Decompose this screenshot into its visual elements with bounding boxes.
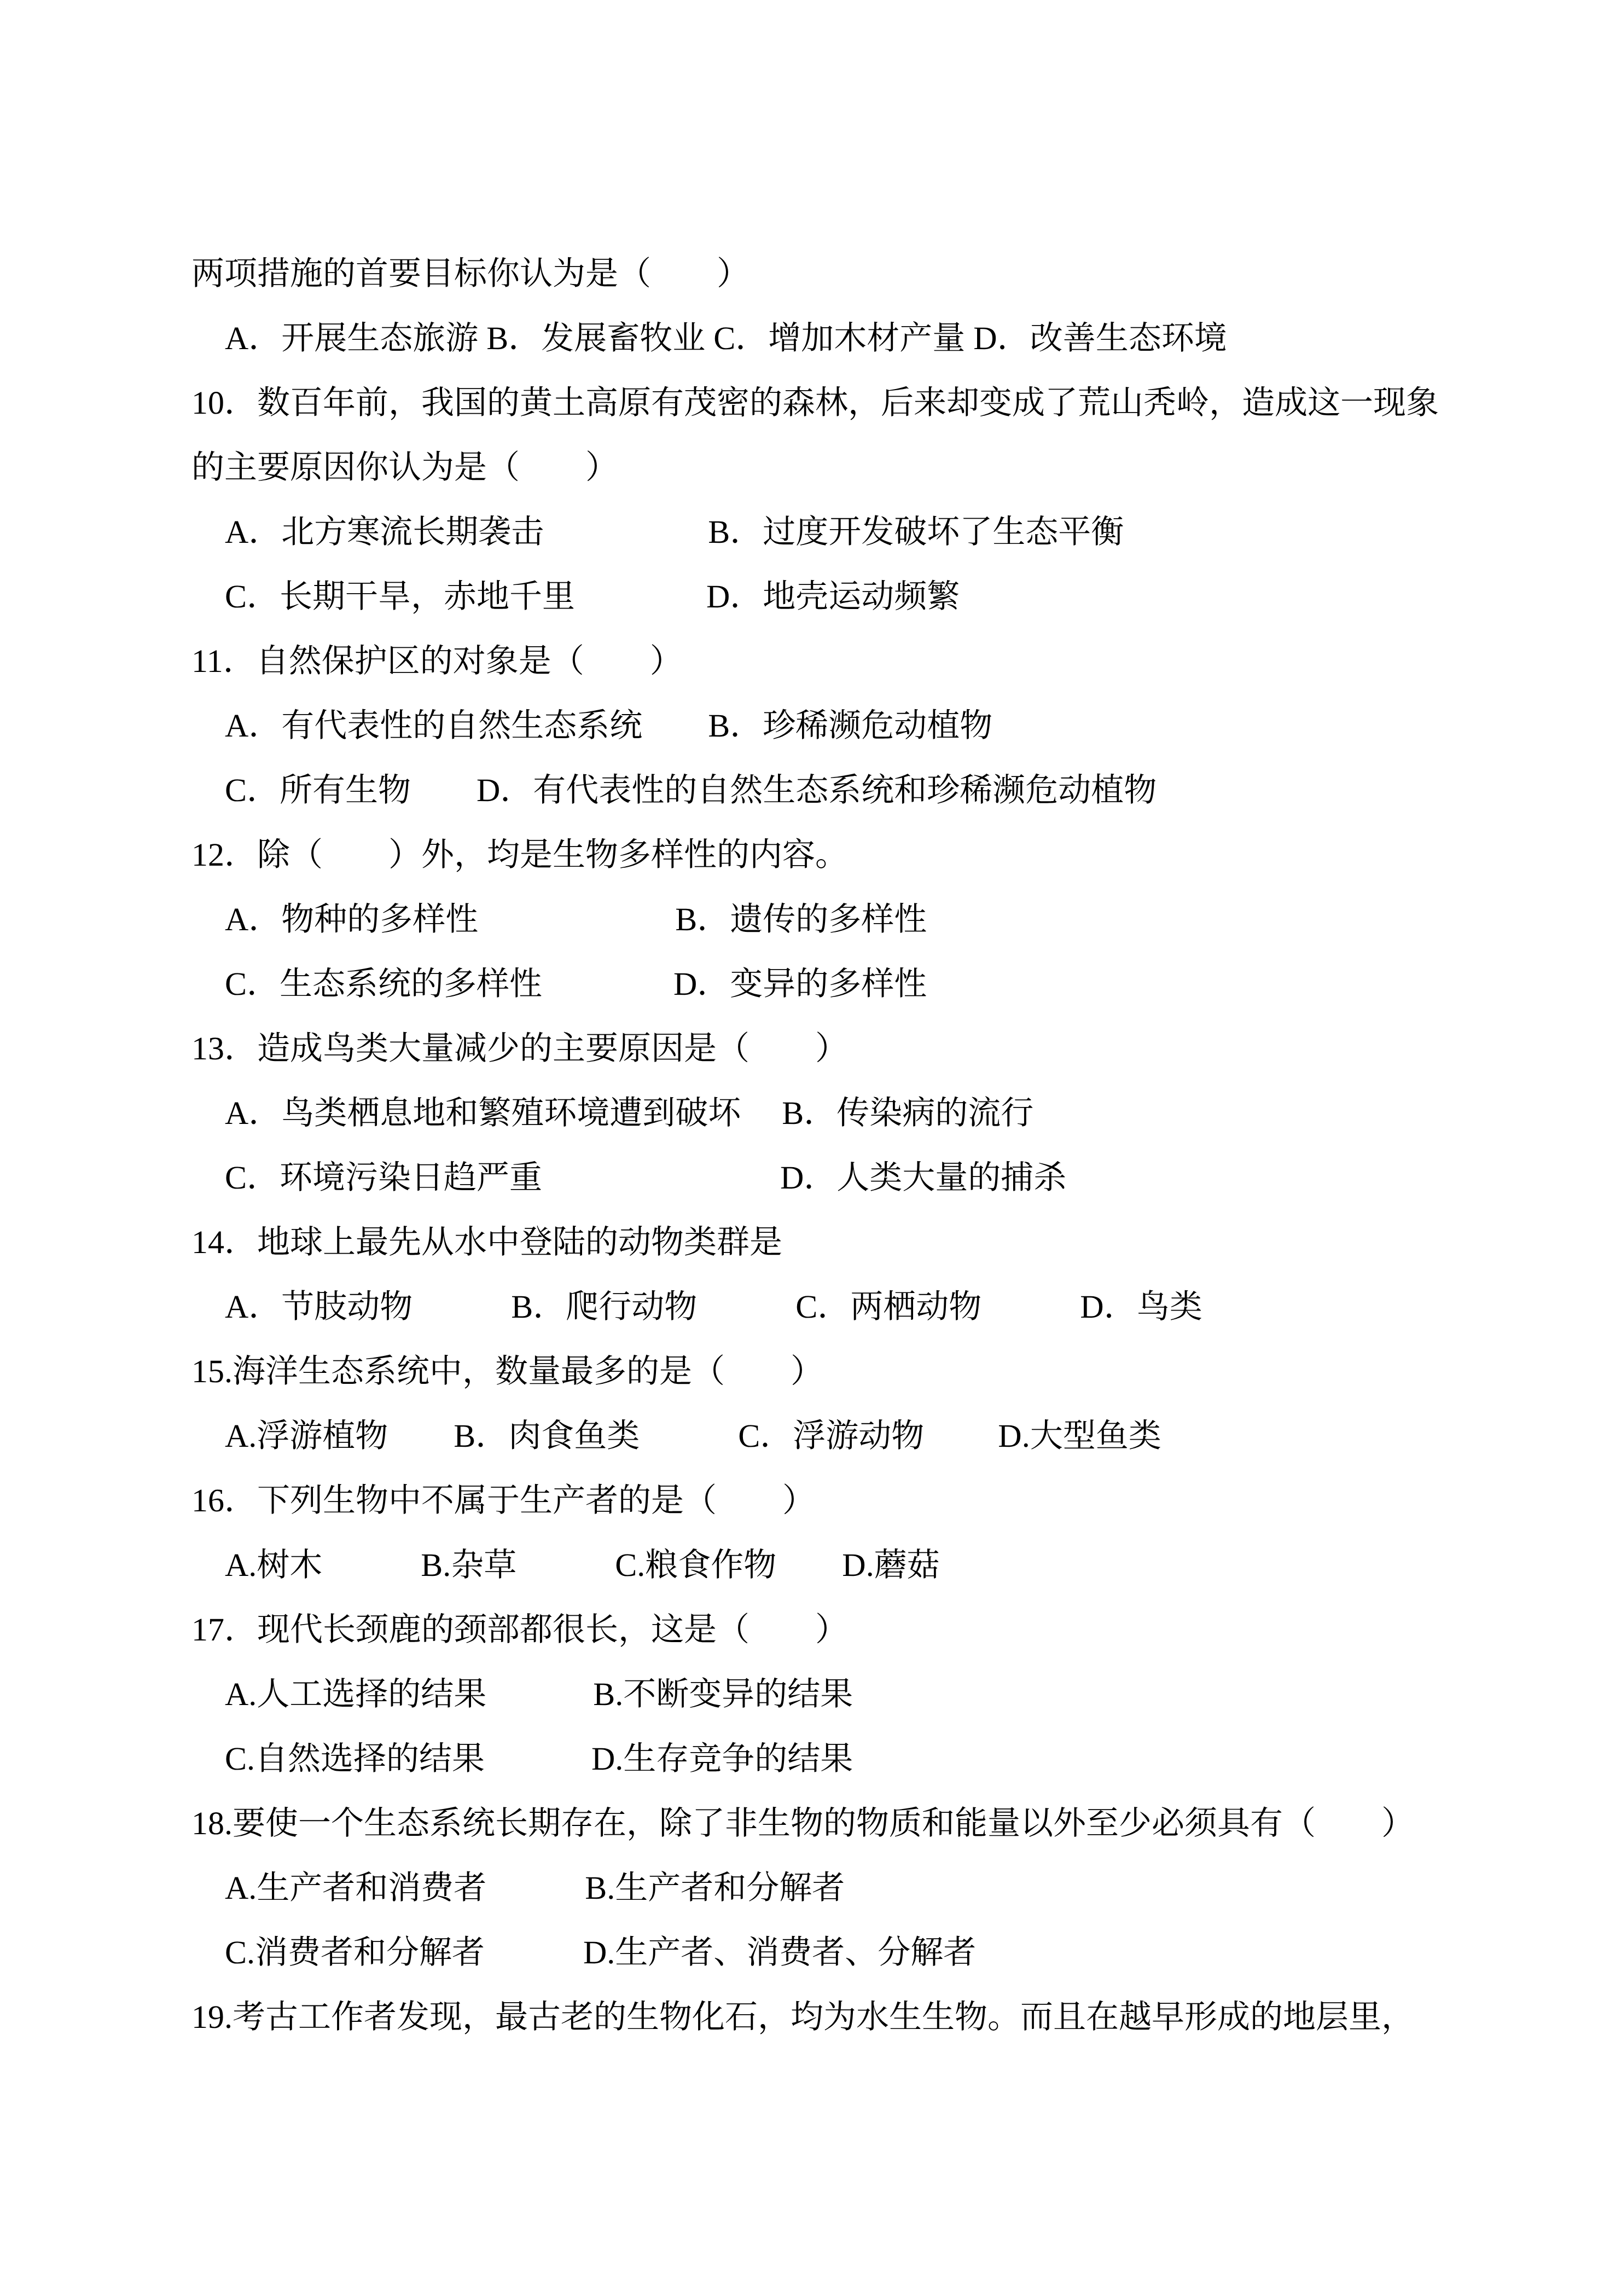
q12-stem: 12．除（ ）外，均是生物多样性的内容。 bbox=[191, 822, 1466, 887]
q17-options-ab: A.人工选择的结果 B.不断变异的结果 bbox=[191, 1662, 1466, 1726]
q14-options: A．节肢动物 B．爬行动物 C．两栖动物 D．鸟类 bbox=[191, 1274, 1466, 1339]
q18-options-cd: C.消费者和分解者 D.生产者、消费者、分解者 bbox=[191, 1920, 1466, 1985]
q13-options-cd: C．环境污染日趋严重 D．人类大量的捕杀 bbox=[191, 1145, 1466, 1210]
q14-stem: 14．地球上最先从水中登陆的动物类群是 bbox=[191, 1210, 1466, 1274]
q15-options: A.浮游植物 B．肉食鱼类 C．浮游动物 D.大型鱼类 bbox=[191, 1404, 1466, 1468]
q13-stem: 13．造成鸟类大量减少的主要原因是（ ） bbox=[191, 1016, 1466, 1081]
exam-text-block: 两项措施的首要目标你认为是（ ）A．开展生态旅游 B．发展畜牧业 C．增加木材产… bbox=[191, 241, 1466, 2049]
q12-options-cd: C．生态系统的多样性 D．变异的多样性 bbox=[191, 952, 1466, 1016]
q11-options-ab: A．有代表性的自然生态系统 B．珍稀濒危动植物 bbox=[191, 693, 1466, 758]
q18-stem: 18.要使一个生态系统长期存在，除了非生物的物质和能量以外至少必须具有（ ） bbox=[191, 1791, 1466, 1856]
q9-stem-continuation: 两项措施的首要目标你认为是（ ） bbox=[191, 241, 1466, 306]
q10-stem-continuation: 的主要原因你认为是（ ） bbox=[191, 435, 1466, 500]
q13-options-ab: A．鸟类栖息地和繁殖环境遭到破坏 B．传染病的流行 bbox=[191, 1081, 1466, 1145]
q18-options-ab: A.生产者和消费者 B.生产者和分解者 bbox=[191, 1856, 1466, 1920]
q11-stem: 11．自然保护区的对象是（ ） bbox=[191, 629, 1466, 693]
q19-stem: 19.考古工作者发现，最古老的生物化石，均为水生生物。而且在越早形成的地层里， bbox=[191, 1985, 1466, 2049]
q16-options: A.树木 B.杂草 C.粮食作物 D.蘑菇 bbox=[191, 1533, 1466, 1597]
q11-options-cd: C．所有生物 D．有代表性的自然生态系统和珍稀濒危动植物 bbox=[191, 758, 1466, 822]
q16-stem: 16．下列生物中不属于生产者的是（ ） bbox=[191, 1468, 1466, 1533]
q12-options-ab: A．物种的多样性 B．遗传的多样性 bbox=[191, 887, 1466, 952]
q17-stem: 17．现代长颈鹿的颈部都很长，这是（ ） bbox=[191, 1597, 1466, 1662]
q9-options: A．开展生态旅游 B．发展畜牧业 C．增加木材产量 D．改善生态环境 bbox=[191, 306, 1466, 370]
q10-stem: 10．数百年前，我国的黄土高原有茂密的森林，后来却变成了荒山秃岭，造成这一现象 bbox=[191, 370, 1466, 435]
q15-stem: 15.海洋生态系统中，数量最多的是（ ） bbox=[191, 1339, 1466, 1404]
q10-options-ab: A．北方寒流长期袭击 B．过度开发破坏了生态平衡 bbox=[191, 500, 1466, 564]
exam-page: 两项措施的首要目标你认为是（ ）A．开展生态旅游 B．发展畜牧业 C．增加木材产… bbox=[0, 0, 1621, 2296]
q10-options-cd: C．长期干旱，赤地千里 D．地壳运动频繁 bbox=[191, 564, 1466, 629]
q17-options-cd: C.自然选择的结果 D.生存竞争的结果 bbox=[191, 1726, 1466, 1791]
